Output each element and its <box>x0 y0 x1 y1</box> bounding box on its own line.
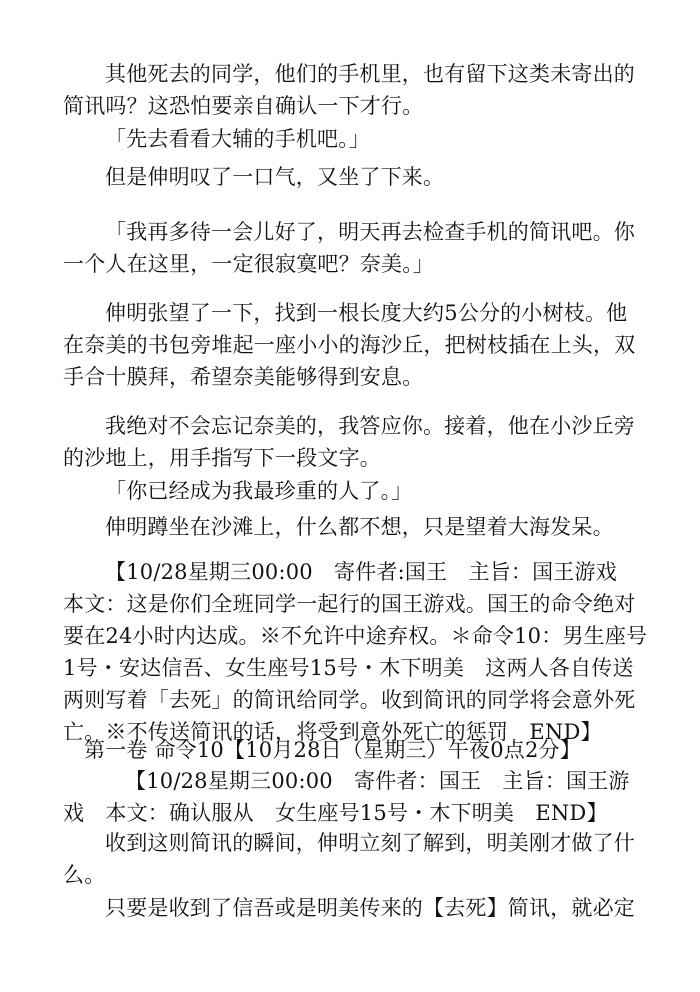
king-message-block: 【10/28星期三00:00 寄件者:国王 主旨：国王游戏 本文：这是你们全班同… <box>63 556 633 748</box>
text-line: 简讯吗？这恐怕要亲自确认一下才行。 <box>63 90 633 122</box>
text-line: 只要是收到了信吾或是明美传来的【去死】简讯，就必定 <box>63 892 633 924</box>
paragraph: 收到这则简讯的瞬间，伸明立刻了解到，明美刚才做了什 么。 <box>63 827 633 891</box>
paragraph: 但是伸明叹了一口气，又坐了下来。 <box>63 161 633 193</box>
text-line: 「我再多待一会儿好了，明天再去检查手机的简讯吧。你 <box>63 216 633 248</box>
text-line: 本文：这是你们全班同学一起行的国王游戏。国王的命令绝对 <box>63 588 633 620</box>
text-line: 【10/28星期三00:00 寄件者:国王 主旨：国王游戏 <box>63 556 633 588</box>
text-line: 其他死去的同学，他们的手机里，也有留下这类未寄出的 <box>63 58 633 90</box>
text-line: 在奈美的书包旁堆起一座小小的海沙丘，把树枝插在上头，双 <box>63 329 633 361</box>
text-line: 戏 本文：确认服从 女生座号15号・木下明美 END】 <box>63 797 633 829</box>
text-line: 1号・安达信吾、女生座号15号・木下明美 这两人各自传送 <box>63 652 633 684</box>
text-line: 一个人在这里，一定很寂寞吧？奈美。」 <box>63 248 633 280</box>
chapter-heading: 第一卷 命令10【10月28日（星期三）午夜0点2分】 <box>63 734 633 766</box>
text-line: 收到这则简讯的瞬间，伸明立刻了解到，明美刚才做了什 <box>63 827 633 859</box>
dialogue-paragraph: 「我再多待一会儿好了，明天再去检查手机的简讯吧。你 一个人在这里，一定很寂寞吧？… <box>63 216 633 280</box>
text-line: 么。 <box>63 859 633 891</box>
paragraph: 伸明张望了一下，找到一根长度大约5公分的小树枝。他 在奈美的书包旁堆起一座小小的… <box>63 297 633 393</box>
text-line: 我绝对不会忘记奈美的，我答应你。接着，他在小沙丘旁 <box>63 410 633 442</box>
text-line: 【10/28星期三00:00 寄件者：国王 主旨：国王游 <box>63 765 633 797</box>
text-line: 「先去看看大辅的手机吧。」 <box>63 123 633 155</box>
text-line: 「你已经成为我最珍重的人了。」 <box>63 475 633 507</box>
chapter-title: 第一卷 命令10【10月28日（星期三）午夜0点2分】 <box>63 734 633 766</box>
text-line: 两则写着「去死」的简讯给同学。收到简讯的同学将会意外死 <box>63 684 633 716</box>
paragraph: 伸明蹲坐在沙滩上，什么都不想，只是望着大海发呆。 <box>63 511 633 543</box>
text-line: 手合十膜拜，希望奈美能够得到安息。 <box>63 361 633 393</box>
paragraph: 其他死去的同学，他们的手机里，也有留下这类未寄出的 简讯吗？这恐怕要亲自确认一下… <box>63 58 633 122</box>
paragraph: 只要是收到了信吾或是明美传来的【去死】简讯，就必定 <box>63 892 633 924</box>
dialogue-paragraph: 「先去看看大辅的手机吧。」 <box>63 123 633 155</box>
paragraph: 我绝对不会忘记奈美的，我答应你。接着，他在小沙丘旁 的沙地上，用手指写下一段文字… <box>63 410 633 474</box>
text-line: 伸明蹲坐在沙滩上，什么都不想，只是望着大海发呆。 <box>63 511 633 543</box>
text-line: 要在24小时内达成。※不允许中途弃权。＊命令10：男生座号 <box>63 620 633 652</box>
text-line: 的沙地上，用手指写下一段文字。 <box>63 442 633 474</box>
text-line: 但是伸明叹了一口气，又坐了下来。 <box>63 161 633 193</box>
dialogue-paragraph: 「你已经成为我最珍重的人了。」 <box>63 475 633 507</box>
text-line: 伸明张望了一下，找到一根长度大约5公分的小树枝。他 <box>63 297 633 329</box>
king-message-block: 【10/28星期三00:00 寄件者：国王 主旨：国王游 戏 本文：确认服从 女… <box>63 765 633 829</box>
